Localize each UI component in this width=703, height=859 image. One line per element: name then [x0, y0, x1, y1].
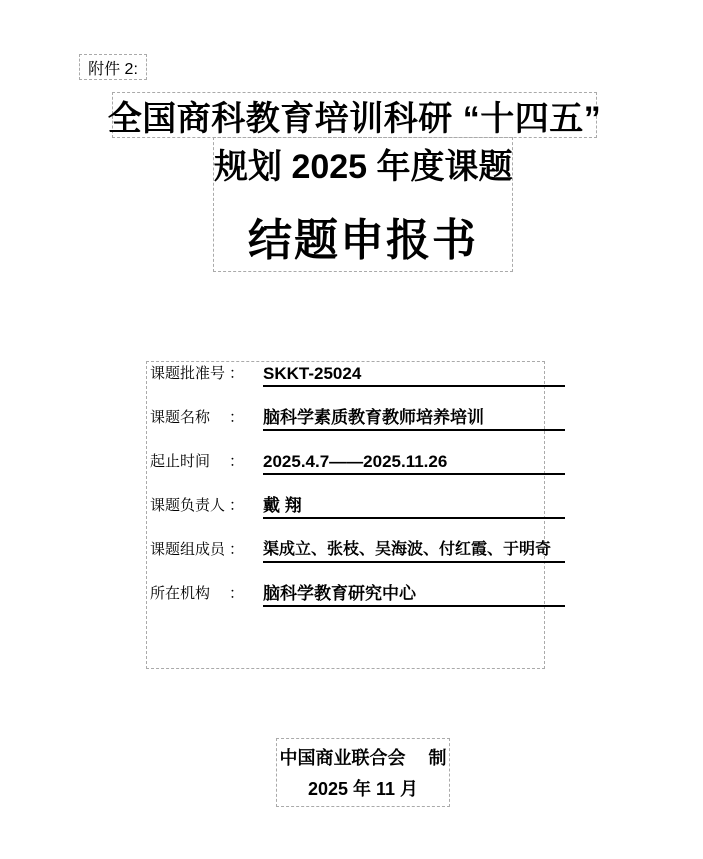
- field-label: 课题组成员 ：: [150, 538, 244, 559]
- title-subtitle-box: 规划 2025 年度课题 结题申报书: [213, 137, 513, 272]
- footer-organization: 中国商业联合会 制: [279, 744, 446, 770]
- field-value-institution: 脑科学教育研究中心: [263, 583, 565, 607]
- field-label: 所在机构 ：: [150, 582, 244, 603]
- form-row-duration: 起止时间 ： 2025.4.7——2025.11.26: [150, 451, 580, 475]
- form-row-leader: 课题负责人 ： 戴 翔: [150, 495, 580, 519]
- label-colon: ：: [229, 494, 244, 515]
- attachment-label-box: 附件 2:: [79, 54, 147, 80]
- form-row-approval-number: 课题批准号 ： SKKT-25024: [150, 363, 580, 387]
- attachment-label: 附件 2:: [88, 56, 138, 79]
- form-row-members: 课题组成员 ： 渠成立、张枝、吴海波、付红霞、于明奇: [150, 539, 580, 563]
- field-value-members: 渠成立、张枝、吴海波、付红霞、于明奇: [263, 539, 565, 563]
- subtitle: 结题申报书: [214, 204, 512, 268]
- title-line-2: 规划 2025 年度课题: [214, 139, 512, 188]
- label-colon: ：: [229, 362, 244, 383]
- field-value-duration: 2025.4.7——2025.11.26: [263, 451, 565, 475]
- title-line-1: 全国商科教育培训科研 “十四五”: [108, 91, 601, 140]
- field-label: 起止时间 ：: [150, 450, 244, 471]
- field-value-project-name: 脑科学素质教育教师培养培训: [263, 407, 565, 431]
- field-value-approval-number: SKKT-25024: [263, 363, 565, 387]
- label-colon: ：: [229, 582, 244, 603]
- field-label: 课题名称 ：: [150, 406, 244, 427]
- field-label: 课题负责人 ：: [150, 494, 244, 515]
- footer-date: 2025 年 11 月: [308, 775, 418, 801]
- label-colon: ：: [229, 538, 244, 559]
- document-page: 附件 2: 全国商科教育培训科研 “十四五” 规划 2025 年度课题 结题申报…: [0, 0, 703, 859]
- field-label: 课题批准号 ：: [150, 362, 244, 383]
- footer-box: 中国商业联合会 制 2025 年 11 月: [276, 738, 450, 807]
- label-colon: ：: [229, 406, 244, 427]
- form-row-institution: 所在机构 ： 脑科学教育研究中心: [150, 583, 580, 607]
- title-box: 全国商科教育培训科研 “十四五”: [112, 92, 597, 138]
- form-row-project-name: 课题名称 ： 脑科学素质教育教师培养培训: [150, 407, 580, 431]
- label-colon: ：: [229, 450, 244, 471]
- field-value-leader: 戴 翔: [263, 495, 565, 519]
